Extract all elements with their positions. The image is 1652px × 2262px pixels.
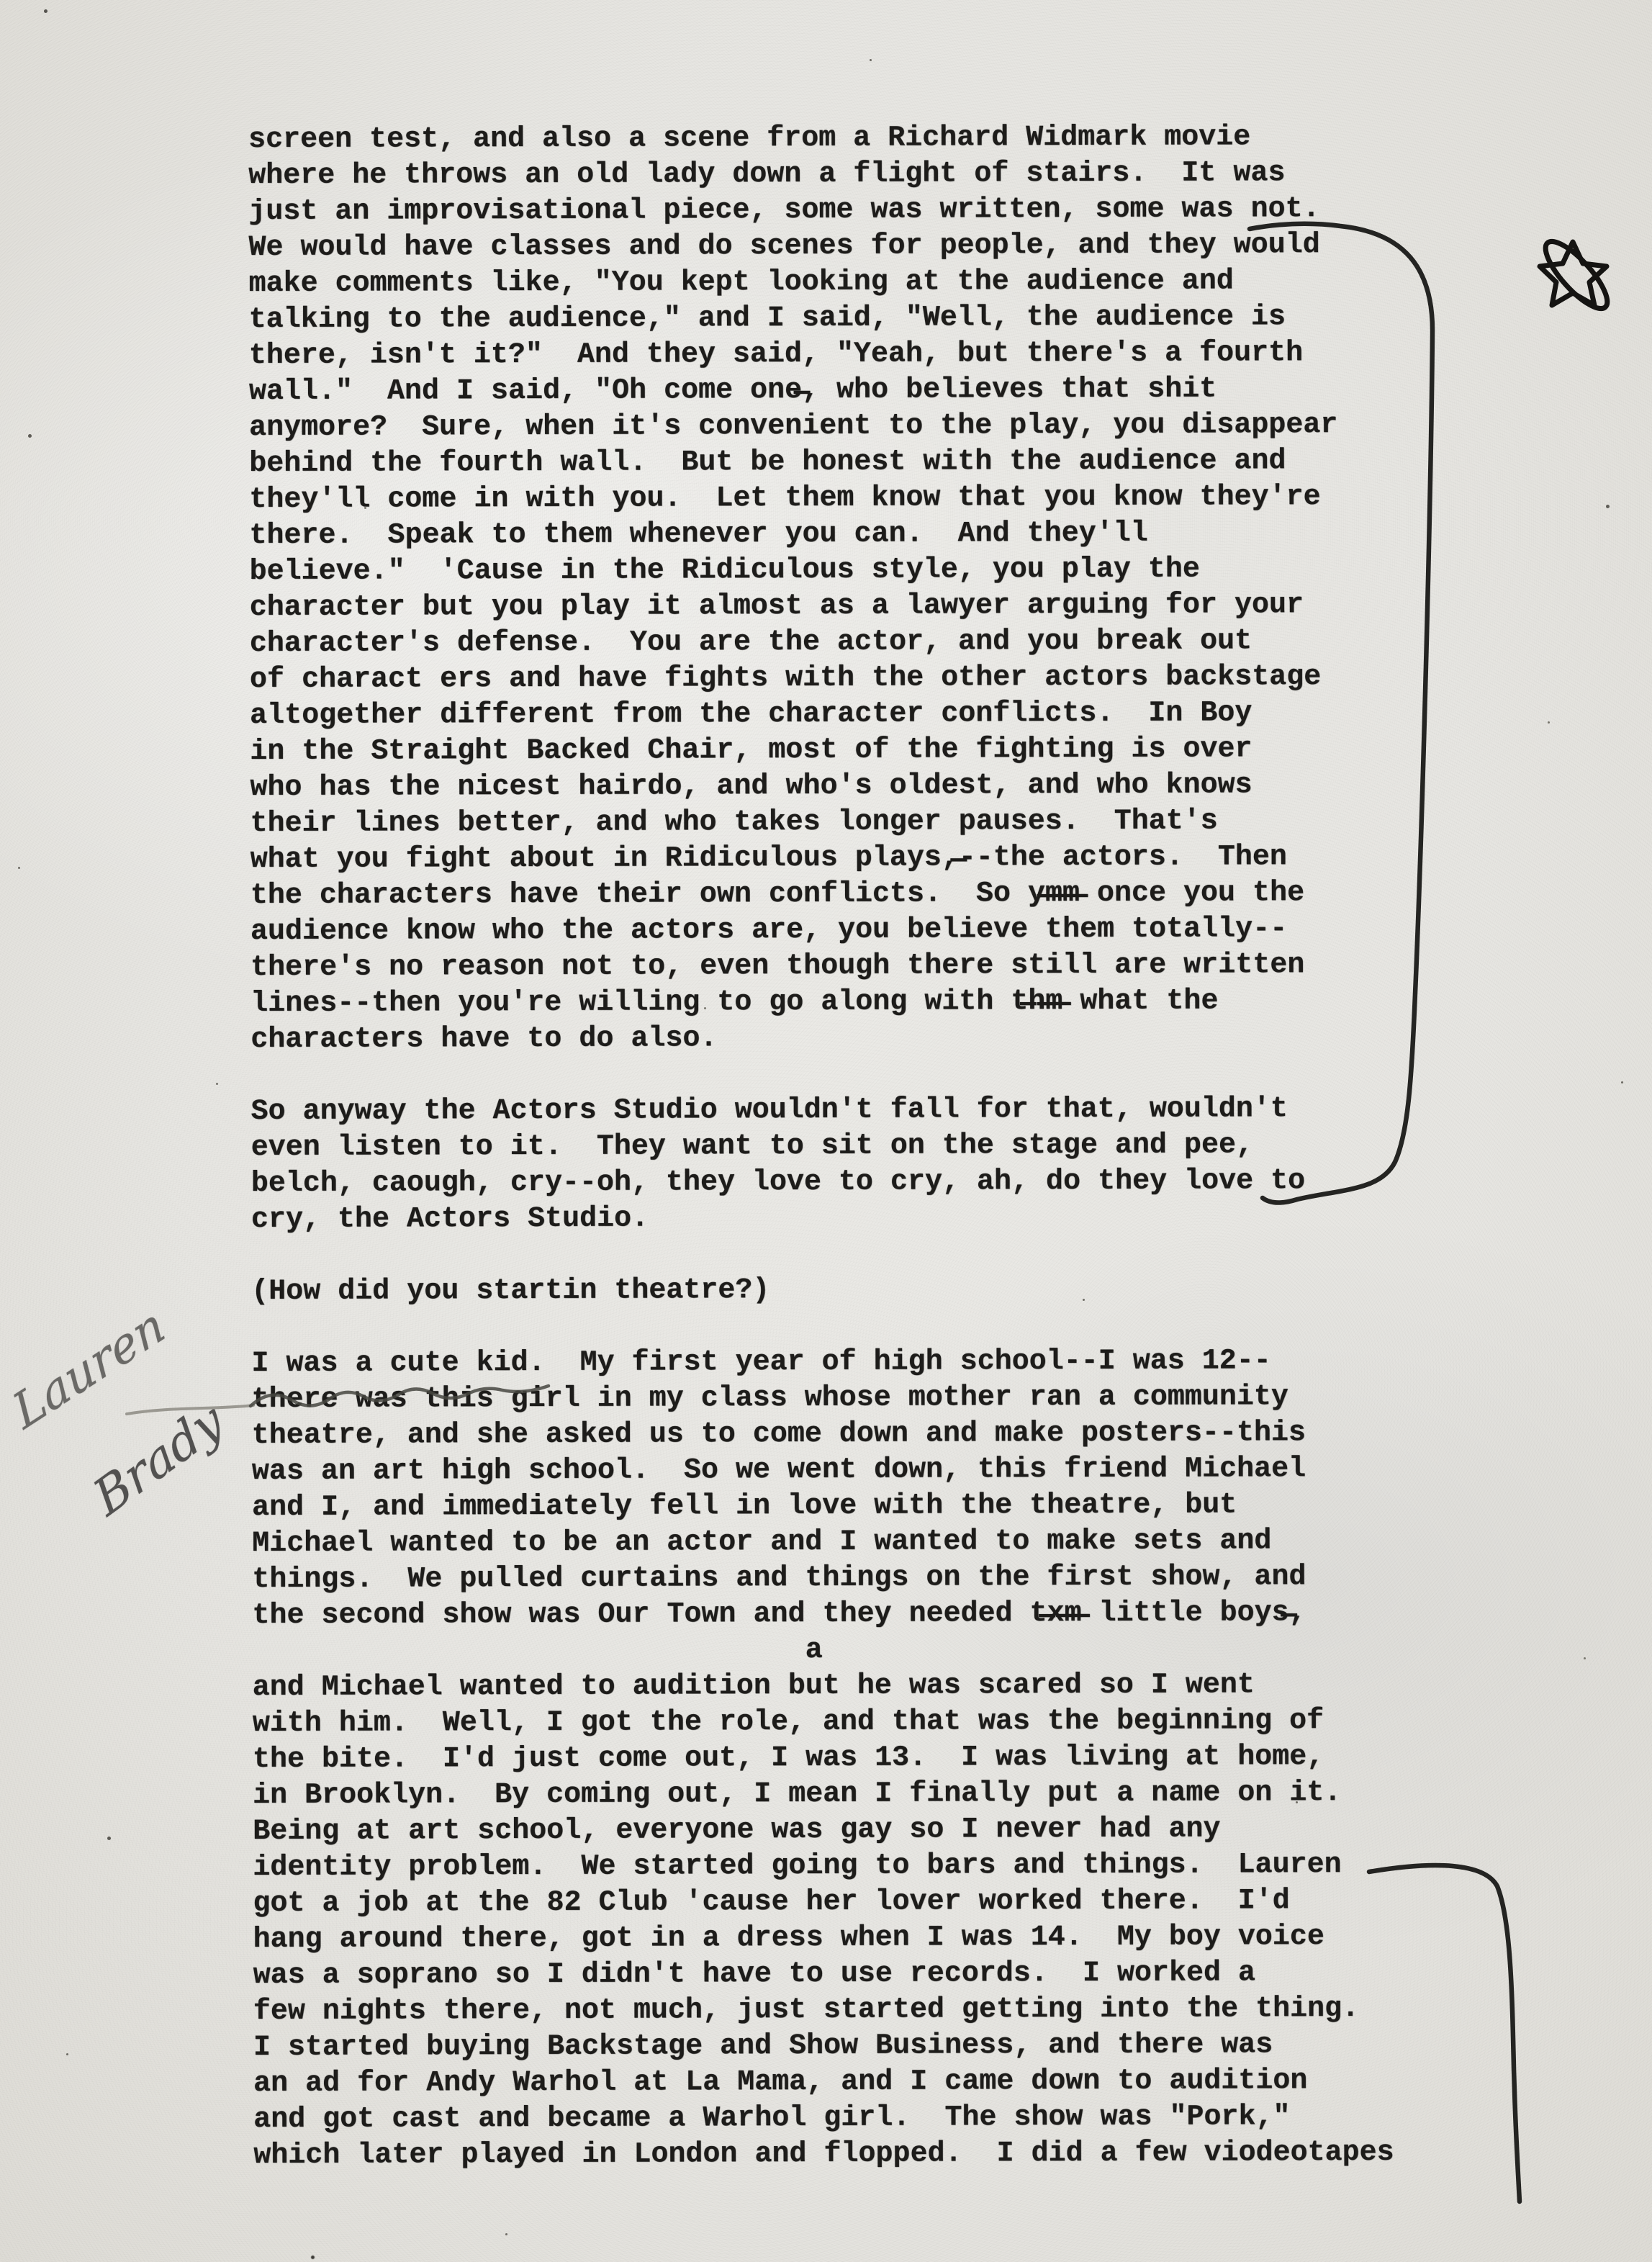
- typed-line: I started buying Backstage and Show Busi…: [253, 2027, 1394, 2066]
- typed-line: We would have classes and do scenes for …: [248, 227, 1389, 266]
- typed-line: So anyway the Actors Studio wouldn't fal…: [251, 1091, 1391, 1130]
- interviewer-question: (How did you startin theatre?): [251, 1271, 1391, 1310]
- typed-line: lines--then you're willing to go along w…: [250, 983, 1391, 1022]
- typed-line: I was a cute kid. My first year of high …: [251, 1343, 1391, 1382]
- typed-line: with him. Well, I got the role, and that…: [253, 1703, 1393, 1742]
- paragraph-2: So anyway the Actors Studio wouldn't fal…: [251, 1091, 1392, 1238]
- typed-line: their lines better, and who takes longer…: [250, 803, 1390, 842]
- typed-line: just an improvisational piece, some was …: [248, 191, 1389, 230]
- typed-line: make comments like, "You kept looking at…: [249, 263, 1389, 302]
- typed-line: wall." And I said, "Oh come one̶, who be…: [249, 371, 1389, 410]
- typed-line: there, isn't it?" And they said, "Yeah, …: [249, 335, 1389, 374]
- typed-text-block: screen test, and also a scene from a Ric…: [248, 120, 1394, 2210]
- typed-line: character but you play it almost as a la…: [250, 587, 1390, 626]
- typed-line: was an art high school. So we went down,…: [252, 1451, 1392, 1490]
- typed-line: and Michael wanted to audition but he wa…: [253, 1667, 1393, 1706]
- typed-line: there was this girl in my class whose mo…: [252, 1379, 1392, 1418]
- typed-line: few nights there, not much, just started…: [253, 1991, 1394, 2030]
- typed-line: an ad for Andy Warhol at La Mama, and I …: [253, 2063, 1394, 2102]
- typed-line: talking to the audience," and I said, "W…: [249, 299, 1389, 338]
- typed-line: audience know who the actors are, you be…: [250, 911, 1391, 950]
- typed-line: believe." 'Cause in the Ridiculous style…: [250, 551, 1390, 590]
- typed-line: Being at art school, everyone was gay so…: [253, 1811, 1393, 1850]
- typed-line: there's no reason not to, even though th…: [250, 947, 1391, 986]
- typed-line: and I, and immediately fell in love with…: [252, 1487, 1392, 1526]
- typed-line: who has the nicest hairdo, and who's old…: [250, 767, 1390, 806]
- typed-line: the second show was Our Town and they ne…: [252, 1595, 1392, 1634]
- typed-line: got a job at the 82 Club 'cause her love…: [253, 1883, 1393, 1922]
- typed-line: what you fight about in Ridiculous plays…: [250, 839, 1391, 878]
- star-doodle: [1537, 233, 1616, 317]
- scanned-transcript-page: screen test, and also a scene from a Ric…: [0, 0, 1652, 2262]
- typed-line: theatre, and she asked us to come down a…: [252, 1415, 1392, 1454]
- handwritten-margin-note-last-name: Brady: [85, 1392, 233, 1528]
- typed-line: things. We pulled curtains and things on…: [252, 1559, 1392, 1598]
- typed-line: cry, the Actors Studio.: [251, 1199, 1391, 1238]
- typed-line: a: [252, 1631, 1392, 1670]
- handwritten-margin-note-first-name: Lauren: [5, 1296, 173, 1441]
- typed-line: characters have to do also.: [250, 1019, 1391, 1058]
- photocopy-specks: [0, 0, 2, 2]
- typed-line: character's defense. You are the actor, …: [250, 623, 1390, 662]
- typed-line: identity problem. We started going to ba…: [253, 1847, 1393, 1886]
- typed-line: the bite. I'd just come out, I was 13. I…: [253, 1739, 1393, 1778]
- typed-line: was a soprano so I didn't have to use re…: [253, 1955, 1394, 1994]
- typed-line: even listen to it. They want to sit on t…: [251, 1127, 1391, 1166]
- typed-line: behind the fourth wall. But be honest wi…: [249, 443, 1389, 482]
- typed-line: they'll come in with you. Let them know …: [249, 479, 1389, 518]
- typed-line: which later played in London and flopped…: [253, 2135, 1394, 2174]
- typed-line: screen test, and also a scene from a Ric…: [248, 120, 1389, 158]
- typed-line: and got cast and became a Warhol girl. T…: [253, 2099, 1394, 2138]
- typed-line: belch, caough, cry--oh, they love to cry…: [251, 1163, 1391, 1202]
- typed-line: (How did you startin theatre?): [251, 1271, 1391, 1310]
- paragraph-3: I was a cute kid. My first year of high …: [251, 1343, 1394, 2174]
- typed-line: Michael wanted to be an actor and I want…: [252, 1523, 1392, 1562]
- typed-line: hang around there, got in a dress when I…: [253, 1919, 1394, 1958]
- typed-line: anymore? Sure, when it's convenient to t…: [249, 407, 1389, 446]
- typed-line: of charact ers and have fights with the …: [250, 659, 1390, 698]
- typed-line: where he throws an old lady down a fligh…: [248, 156, 1389, 194]
- typed-line: in the Straight Backed Chair, most of th…: [250, 731, 1390, 770]
- typed-line: in Brooklyn. By coming out, I mean I fin…: [253, 1775, 1393, 1814]
- paragraph-1: screen test, and also a scene from a Ric…: [248, 120, 1391, 1058]
- typed-line: the characters have their own conflicts.…: [250, 875, 1391, 914]
- typed-line: altogether different from the character …: [250, 695, 1390, 734]
- typed-line: there. Speak to them whenever you can. A…: [249, 515, 1389, 554]
